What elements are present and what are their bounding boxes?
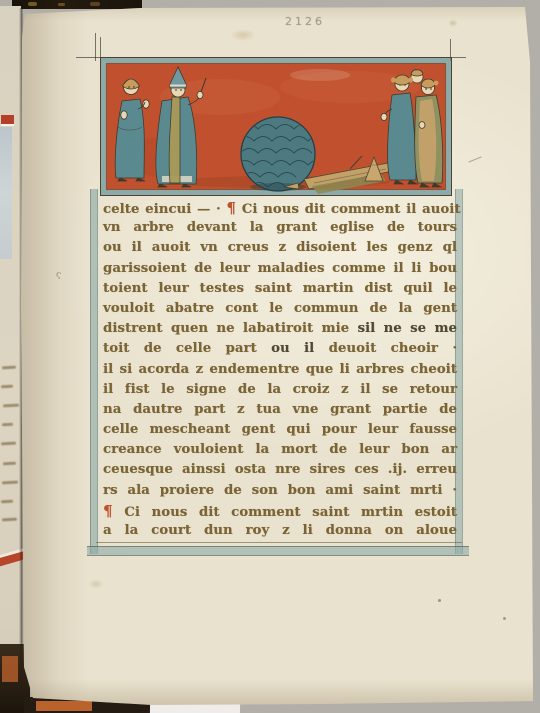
page-speck (503, 617, 506, 620)
text-segment: Ci nous dit comment saint mrtin estoit (113, 505, 457, 520)
text-segment: il fist le signe de la croiz z il se ret… (103, 382, 457, 397)
manuscript-page: 2126 ς (20, 7, 533, 705)
pencil-folio-mark: 2126 (285, 15, 325, 28)
corner-ruling-marks (450, 57, 466, 58)
text-segment: vn arbre devant la grant eglise de tours (103, 220, 457, 235)
text-segment: sil ne se me (358, 321, 457, 336)
text-segment: deuoit cheoir · (314, 341, 457, 356)
miniature (100, 57, 452, 196)
facing-page-blue-edge (0, 127, 12, 259)
text-line: garissoient de leur maladies comme il li… (103, 259, 457, 279)
text-segment: na dautre part z tua vne grant partie de (103, 402, 457, 417)
book-fore-edge-orange (2, 656, 18, 682)
facing-page-text-dash (2, 481, 18, 485)
page-stain (230, 29, 256, 41)
facing-page-text-dash (1, 385, 13, 389)
facing-page-text-dash (2, 518, 17, 522)
rubric-paraph: ¶ (226, 199, 236, 217)
text-segment: celte eincui — · (103, 202, 226, 217)
facing-page-text-dash (2, 423, 13, 427)
facing-page-text-edge (0, 366, 21, 541)
text-segment: ou il auoit vn creus z disoient les genz… (103, 240, 457, 255)
binding-gold-tooling (90, 2, 100, 6)
text-block: celte eincui — · ¶ Ci nous dit comment i… (103, 198, 457, 541)
text-segment: rs ala proiere de son bon ami saint mrti… (103, 483, 457, 498)
text-line: toient leur testes saint martin dist qui… (103, 279, 457, 299)
text-segment: ceuesque ainssi osta nre sires ces .ij. … (103, 462, 457, 477)
text-line: celle mescheant gent qui pour leur fauss… (103, 420, 457, 440)
page-stain (88, 579, 104, 589)
pencil-scratch (468, 156, 481, 162)
left-ruling-line (90, 189, 98, 554)
text-line: il si acorda z endementre que li arbres … (103, 360, 457, 380)
binding-gold-tooling (28, 2, 37, 6)
text-line: vouloit abatre cont le commun de la gent (103, 299, 457, 319)
text-line: vn arbre devant la grant eglise de tours (103, 218, 457, 238)
text-segment: creance vouloient la mort de leur bon ar (103, 442, 457, 457)
text-segment: a la court dun roy z li donna on aloue (103, 523, 457, 538)
text-segment: Ci nous dit comment il auoit (236, 202, 461, 217)
text-line: creance vouloient la mort de leur bon ar (103, 440, 457, 460)
text-segment: vouloit abatre cont le commun de la gent (103, 301, 457, 316)
text-segment: il si acorda z endementre que li arbres … (103, 362, 457, 377)
facing-page-text-dash (3, 404, 19, 408)
facing-page-text-dash (1, 442, 16, 446)
margin-ink-squiggle: ς (55, 270, 62, 281)
text-line: celte eincui — · ¶ Ci nous dit comment i… (103, 198, 457, 218)
text-line: toit de celle part ou il deuoit cheoir · (103, 339, 457, 359)
facing-page-text-dash (1, 500, 13, 504)
miniature-illustration (100, 57, 452, 196)
text-line: il fist le signe de la croiz z il se ret… (103, 380, 457, 400)
text-line: a la court dun roy z li donna on aloue (103, 521, 457, 541)
facing-page-text-dash (2, 366, 16, 370)
facing-page-sliver (0, 6, 21, 654)
text-segment: ou il (271, 341, 314, 356)
text-segment: garissoient de leur maladies comme il li… (103, 261, 457, 276)
page-speck (438, 599, 441, 602)
text-baseline-rule (96, 542, 462, 543)
text-segment: toient leur testes saint martin dist qui… (103, 281, 457, 296)
text-line: ou il auoit vn creus z disoient les genz… (103, 238, 457, 258)
facing-page-miniature-edge (1, 115, 14, 124)
text-segment: celle mescheant gent qui pour leur fauss… (103, 422, 457, 437)
book-binding-strip (12, 0, 142, 9)
text-segment: toit de celle part (103, 341, 271, 356)
text-line: distrent quen ne labatiroit mie sil ne s… (103, 319, 457, 339)
text-segment: distrent quen ne labatiroit mie (103, 321, 358, 336)
text-line: ¶ Ci nous dit comment saint mrtin estoit (103, 501, 457, 521)
page-stain (448, 19, 458, 27)
binding-gold-tooling (58, 3, 65, 6)
text-line: rs ala proiere de son bon ami saint mrti… (103, 481, 457, 501)
rubric-paraph: ¶ (103, 502, 113, 520)
text-line: ceuesque ainssi osta nre sires ces .ij. … (103, 460, 457, 480)
facing-page-text-dash (3, 462, 16, 466)
text-line: na dautre part z tua vne grant partie de (103, 400, 457, 420)
bottom-ruling-border (87, 546, 469, 556)
under-page-edge-orange (36, 701, 92, 711)
scan-background: { "page": { "pencil_mark": "2126" }, "pa… (0, 0, 540, 713)
